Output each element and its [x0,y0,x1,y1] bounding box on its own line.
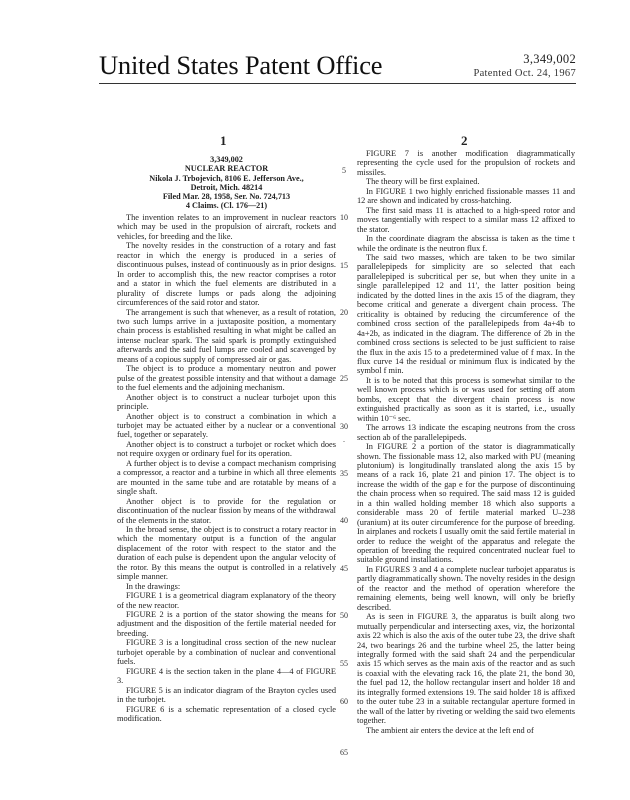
patent-number: 3,349,002 [523,52,576,67]
line-number: 55 [337,659,351,668]
paragraph: In the broad sense, the object is to con… [117,525,336,582]
paragraph: FIGURE 5 is an indicator diagram of the … [117,686,336,705]
paragraph: In the drawings: [117,582,336,591]
paragraph: FIGURE 1 is a geometrical diagram explan… [117,591,336,610]
paragraph: The theory will be first explained. [357,177,575,186]
paragraph: Another object is to construct a turboje… [117,440,336,459]
paragraph: It is to be noted that this process is s… [357,376,575,423]
column-number-1: 1 [220,133,227,149]
line-number: 40 [337,516,351,525]
paragraph: In FIGURES 3 and 4 a complete nuclear tu… [357,565,575,612]
line-number: 30 [337,422,351,431]
line-number: 25 [337,374,351,383]
paragraph: The object is to produce a momentary neu… [117,364,336,392]
paragraph: FIGURE 3 is a longitudinal cross section… [117,638,336,666]
patent-header: United States Patent Office 3,349,002 Pa… [99,44,576,84]
paragraph: FIGURE 2 is a portion of the stator show… [117,610,336,638]
paragraph: Another object is to construct a combina… [117,412,336,440]
paragraph: As is seen in FIGURE 3, the apparatus is… [357,612,575,725]
line-number: 15 [337,261,351,270]
line-number: 45 [337,564,351,573]
paragraph: The first said mass 11 is attached to a … [357,206,575,234]
paragraph: The ambient air enters the device at the… [357,726,575,735]
paragraph: FIGURE 6 is a schematic representation o… [117,705,336,724]
paragraph: A further object is to devise a compact … [117,459,336,497]
paragraph: FIGURE 7 is another modification diagram… [357,149,575,177]
line-number: 60 [337,697,351,706]
line-number: 35 [337,469,351,478]
line-number: 50 [337,611,351,620]
line-number: 5 [337,166,351,175]
margin-mark: . [343,435,345,444]
line-number: 10 [337,213,351,222]
paragraph: Another object is to construct a nuclear… [117,393,336,412]
line-number: 20 [337,308,351,317]
header-rule [99,83,576,84]
bibliographic-block: 3,349,002 NUCLEAR REACTOR Nikola J. Trbo… [117,155,336,211]
paragraph: The invention relates to an improvement … [117,213,336,241]
paragraph: FIGURE 4 is the section taken in the pla… [117,667,336,686]
paragraph: The said two masses, which are taken to … [357,253,575,376]
left-column-text: The invention relates to an improvement … [117,213,336,723]
biblio-claims: 4 Claims. (Cl. 176—21) [117,201,336,210]
line-number: 65 [337,748,351,757]
patented-date: Patented Oct. 24, 1967 [473,68,576,79]
paragraph: In the coordinate diagram the abscissa i… [357,234,575,253]
paragraph: In FIGURE 2 a portion of the stator is d… [357,442,575,565]
biblio-title: NUCLEAR REACTOR [117,164,336,173]
biblio-number: 3,349,002 [117,155,336,164]
paragraph: In FIGURE 1 two highly enriched fissiona… [357,187,575,206]
right-column-text: FIGURE 7 is another modification diagram… [357,149,575,735]
column-number-2: 2 [461,133,468,149]
paragraph: Another object is to provide for the reg… [117,497,336,525]
biblio-filed: Filed Mar. 28, 1958, Ser. No. 724,713 [117,192,336,201]
office-title: United States Patent Office [99,50,382,81]
biblio-inventor: Nikola J. Trbojevich, 8106 E. Jefferson … [117,174,336,183]
biblio-location: Detroit, Mich. 48214 [117,183,336,192]
paragraph: The novelty resides in the construction … [117,241,336,307]
paragraph: The arrows 13 indicate the escaping neut… [357,423,575,442]
paragraph: The arrangement is such that whenever, a… [117,308,336,365]
